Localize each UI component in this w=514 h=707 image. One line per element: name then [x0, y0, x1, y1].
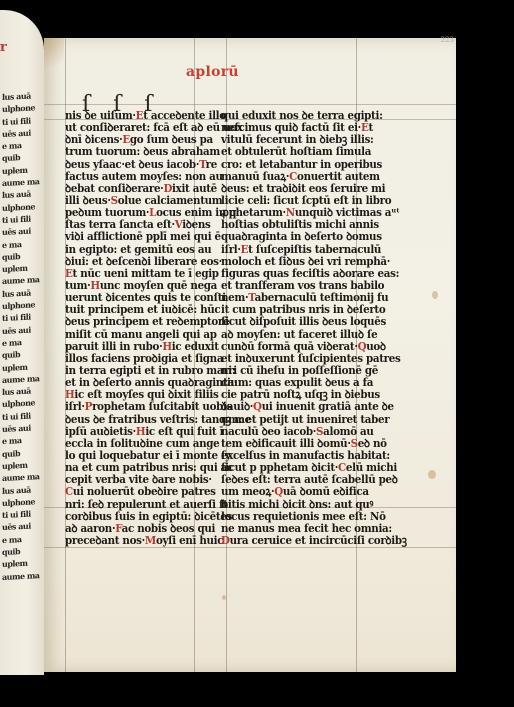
- text-line: moloch et ſiꝺus ꝺei vri remphā·: [221, 255, 368, 267]
- text-line: um meoꝝ·Quā ꝺomū eꝺifica: [221, 485, 368, 497]
- text-line: ſicut ꝺiſpoſuit illis ꝺeus loquēs: [221, 315, 368, 327]
- stain: [222, 595, 226, 600]
- stain: [432, 291, 438, 299]
- text-line: um: et petijt ut inueniret taber: [221, 413, 368, 425]
- left-page-line: aume ma: [2, 273, 42, 287]
- manuscript-page: 223 aplorū ſ ſ ſ nis ꝺe uiſum·Et acceꝺen…: [44, 38, 456, 672]
- text-line: ꝺeus ꝺe fratribus veſtris: tanqꝫ me: [65, 413, 203, 425]
- left-page-line: aume ma: [2, 372, 42, 386]
- text-line: Dura ceruice et incircūciſi corꝺibꝫ: [221, 534, 368, 546]
- text-line: corꝺibus ſuis in egiptū: ꝺicētes: [65, 510, 203, 522]
- folio-number: 223: [441, 36, 454, 44]
- running-header: aplorū: [186, 64, 239, 80]
- text-line: locus requietionis mee eſt: Nō: [221, 510, 368, 522]
- text-line: iſrl·Et ſuſcepiſtis tabernaculū: [221, 243, 368, 255]
- left-page-line: aume ma: [2, 470, 42, 484]
- text-line: iſrl·Prophetam ſuſcitabit uobis: [65, 400, 203, 412]
- facing-left-page: r lus auāulphoneti ui filiuēs auie maqui…: [0, 10, 44, 675]
- text-line: in egipto: et gemitū eos au: [65, 243, 203, 255]
- left-page-rubric: r: [0, 40, 7, 55]
- rubricated-initial: M: [145, 533, 156, 547]
- rubricated-initial: D: [221, 533, 230, 547]
- text-line: bitis michi ꝺicit ꝺns: aut quꝰ: [221, 498, 368, 510]
- text-column-left: nis ꝺe uiſum·Et acceꝺente illout conſiꝺe…: [65, 109, 203, 546]
- text-line: ꝺauiꝺ·Qui inuenit gratiā ante ꝺe: [221, 400, 368, 412]
- text-line: miſit cū manu angeli qui ap: [65, 328, 203, 340]
- text-line: cunꝺū formā quā viꝺerat·Quoꝺ: [221, 340, 368, 352]
- text-line: preceꝺant nos·Moyſi enī huic: [65, 534, 203, 546]
- text-line: ꝺiui: et ꝺeſcenꝺi liberare eos·: [65, 255, 203, 267]
- text-line: nri: ſeꝺ repulerunt et auerſi ſt: [65, 498, 203, 510]
- ruling-line: [44, 547, 456, 548]
- text-line: et obtulerūt hoſtiam ſimula: [221, 145, 368, 157]
- text-line: Cui noluerūt obeꝺire patres: [65, 485, 203, 497]
- text-line: viꝺi afflictionē pplī mei qui ē: [65, 230, 203, 242]
- text-column-right: qui eduxit nos ꝺe terra egipti:neſcimus …: [221, 109, 368, 546]
- stain: [428, 470, 436, 479]
- text-line: paruit illi in rubo·Hic eduxit: [65, 340, 203, 352]
- stain: [44, 38, 64, 78]
- text-line: naculū ꝺeo iacob·Salomō au: [221, 425, 368, 437]
- left-page-text: lus auāulphoneti ui filiuēs auie maquibu…: [2, 89, 42, 583]
- text-line: aꝺ moyſen: ut faceret illuꝺ ſe: [221, 328, 368, 340]
- text-line: trum tuorum: ꝺeus abraham: [65, 145, 203, 157]
- text-line: ꝺeus principem et reꝺemptorē: [65, 315, 203, 327]
- text-line: ꝺeus yſaac·et ꝺeus iacob·Tre: [65, 158, 203, 170]
- text-line: ipſū auꝺietis·Hic eſt qui fuit ī: [65, 425, 203, 437]
- left-page-line: aume ma: [2, 569, 42, 583]
- left-page-line: aume ma: [2, 175, 42, 189]
